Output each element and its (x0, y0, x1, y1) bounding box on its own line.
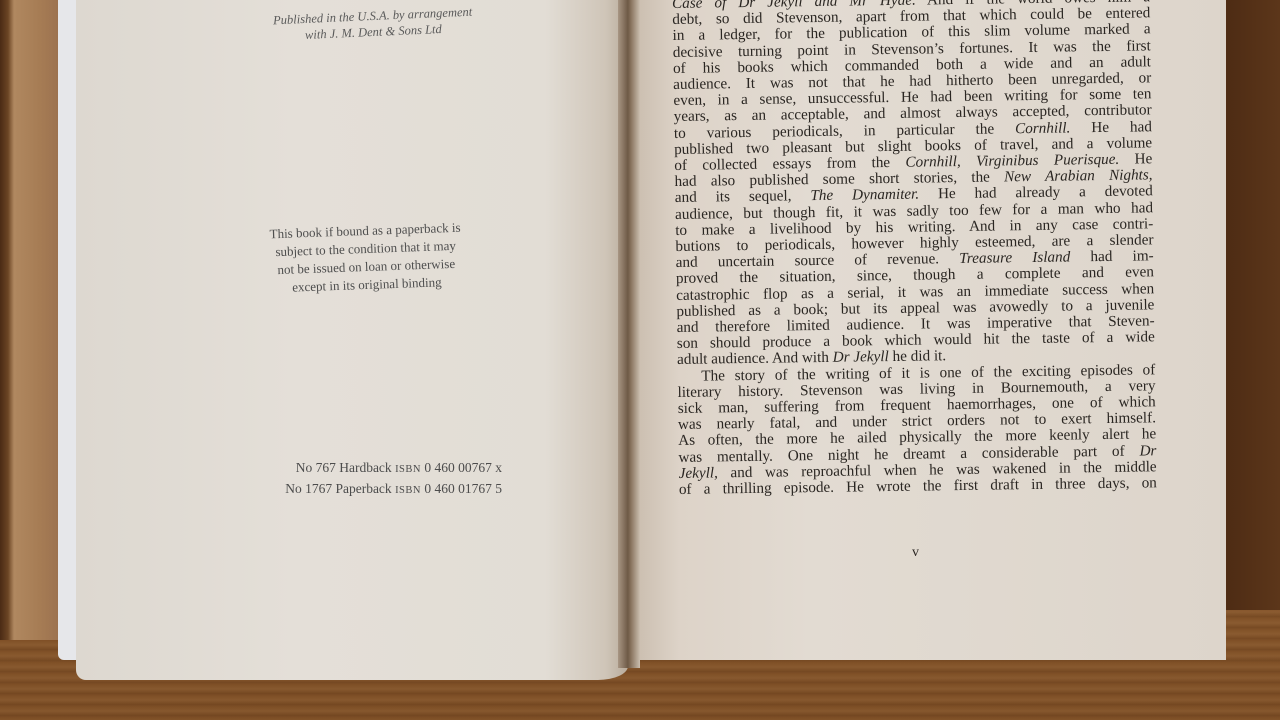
edition-format: Paperback (335, 481, 391, 496)
isbn-value: 0 460 01767 5 (424, 481, 502, 496)
edition-number: No 1767 (285, 481, 332, 496)
book-gutter (618, 0, 640, 668)
isbn-label: ISBN (395, 464, 421, 475)
italic-title: Dr Jekyll (833, 348, 889, 366)
italic-title: Cornhill. (1015, 119, 1071, 137)
isbn-value: 0 460 00767 x (424, 460, 502, 475)
edition-paperback: No 1767 Paperback ISBN 0 460 01767 5 (232, 479, 502, 500)
edition-hardback: No 767 Hardback ISBN 0 460 00767 x (232, 458, 502, 479)
isbn-label: ISBN (395, 485, 421, 496)
italic-title: Dr (1139, 442, 1156, 459)
table-edge-left (0, 0, 60, 640)
italic-title: Jekyll, (679, 464, 718, 482)
edition-number: No 767 (296, 460, 336, 475)
page-number: v (912, 545, 919, 561)
edition-format: Hardback (339, 460, 391, 475)
binding-notice: This book if bound as a paperback is sub… (249, 218, 483, 298)
text-run: He (1119, 150, 1152, 167)
edition-list: No 767 Hardback ISBN 0 460 00767 x No 17… (232, 458, 502, 500)
left-page (76, 0, 628, 680)
table-edge-right (1218, 0, 1280, 610)
introduction-text: Case of Dr Jekyll and Mr Hyde. And if th… (672, 0, 1157, 498)
text-run: he did it. (889, 348, 947, 366)
